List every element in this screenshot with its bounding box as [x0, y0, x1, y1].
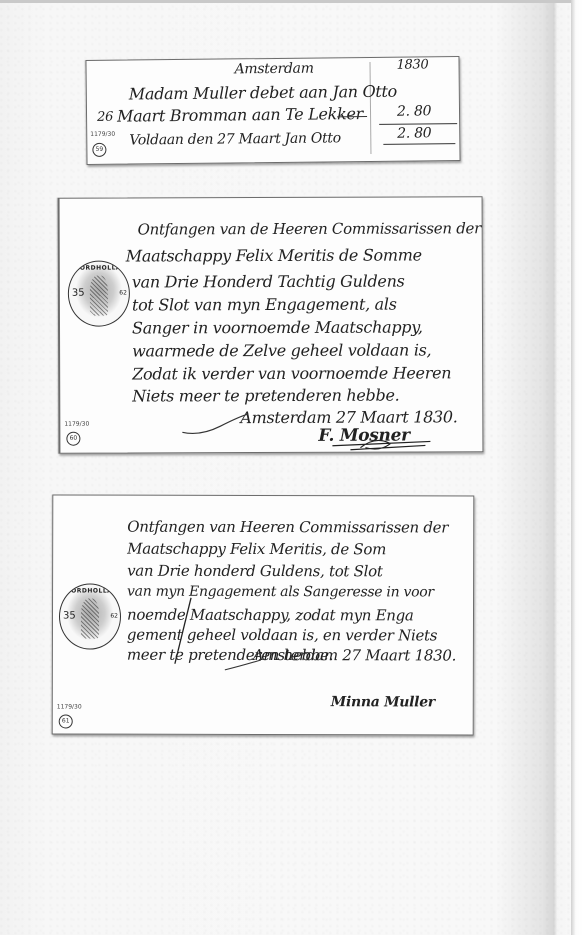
receipt-61: Ontfangen van Heeren Commissarissen der … [52, 494, 475, 735]
tax-stamp-noordholland: NOORDHOLLAND 35 62 [59, 583, 121, 649]
scan-binding-edge [571, 0, 583, 935]
strike-stroke [171, 596, 195, 666]
signature-flourish [330, 433, 440, 453]
receipt-line-5: noemde Maatschappy, zodat myn Enga [127, 606, 414, 625]
crown-icon [81, 599, 99, 639]
receipt-line-1: Ontfangen van Heeren Commissarissen der [127, 518, 448, 537]
invoice-column-divider [369, 62, 371, 154]
receipt-signature: Minna Muller [331, 694, 435, 710]
crown-icon [90, 276, 108, 316]
receipt-line-2: Maatschappy Felix Meritis, de Som [127, 540, 386, 559]
invoice-paid-line: Voldaan den 27 Maart Jan Otto [129, 130, 341, 148]
stamp-value: 62 [119, 290, 127, 297]
invoice-item-date: 26 [97, 110, 113, 125]
receipt-place-date: Amsterdam 27 Maart 1830. [240, 407, 457, 427]
invoice-debtor-line: Madam Muller debet aan Jan Otto [129, 82, 397, 104]
receipt-line-5: Sanger in voornoemde Maatschappy, [132, 317, 423, 337]
receipt-line-8: Niets meer te pretenderen hebbe. [132, 386, 399, 406]
tax-stamp-noordholland: NOORDHOLLAND 35 62 [68, 260, 130, 326]
stamp-number: 35 [72, 287, 85, 298]
stamp-value: 62 [110, 613, 118, 620]
stamp-number: 35 [63, 610, 76, 621]
invoice-total-amount: 2. 80 [397, 125, 431, 141]
scan-top-edge [0, 0, 583, 3]
invoice-item-line: Maart Bromman aan Te Lekker [117, 104, 363, 126]
receipt-line-6: waarmede de Zelve geheel voldaan is, [132, 340, 431, 360]
folio-number-60: 60 [66, 432, 80, 446]
date-flourish [180, 408, 250, 438]
date-flourish [223, 656, 263, 676]
receipt-place-date: Amsterdam 27 Maart 1830. [253, 646, 456, 665]
archive-reference: 1179/30 [57, 703, 82, 710]
receipt-line-3: van Drie Honderd Tachtig Guldens [132, 272, 405, 292]
archive-reference: 1179/30 [90, 131, 115, 138]
invoice-total-rule [383, 143, 455, 145]
archive-reference: 1179/30 [64, 421, 89, 428]
receipt-line-4: tot Slot van myn Engagement, als [132, 295, 397, 315]
invoice-item-amount: 2. 80 [397, 103, 431, 119]
archive-page: Amsterdam 1830 Madam Muller debet aan Ja… [0, 0, 583, 935]
receipt-line-7: Zodat ik verder van voornoemde Heeren [132, 363, 451, 383]
invoice-year: 1830 [396, 57, 428, 72]
folio-number-59: 59 [92, 143, 106, 157]
stamp-ring-text: NOORDHOLLAND [69, 264, 129, 271]
invoice-receipt-59: Amsterdam 1830 Madam Muller debet aan Ja… [85, 56, 460, 165]
receipt-line-1: Ontfangen van de Heeren Commissarissen d… [138, 219, 481, 238]
stamp-ring-text: NOORDHOLLAND [60, 587, 120, 594]
folio-number-61: 61 [59, 714, 73, 728]
invoice-place: Amsterdam [234, 61, 313, 78]
receipt-line-3: van Drie honderd Guldens, tot Slot [127, 562, 383, 581]
receipt-line-2: Maatschappy Felix Meritis de Somme [126, 245, 422, 265]
receipt-60: Ontfangen van de Heeren Commissarissen d… [58, 196, 484, 453]
